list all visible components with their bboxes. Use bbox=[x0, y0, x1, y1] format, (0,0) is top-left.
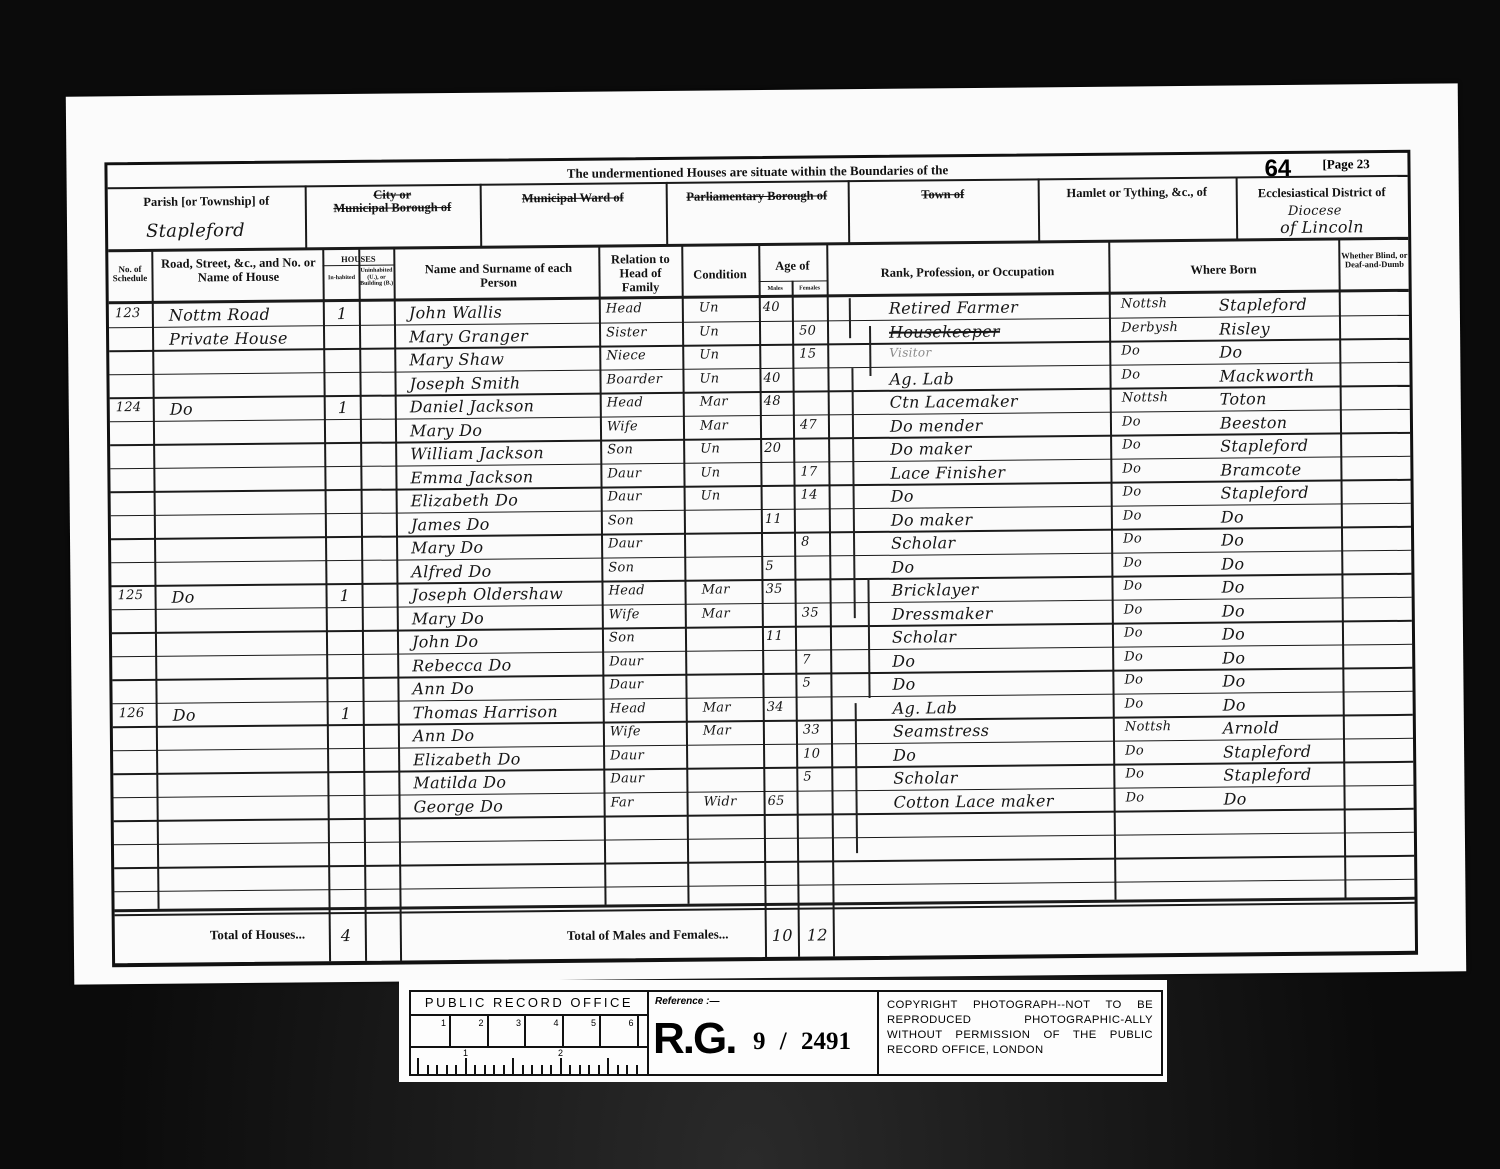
relation-to-head: Wife bbox=[607, 419, 638, 434]
road-address: Do bbox=[173, 705, 196, 724]
person-name: Elizabeth Do bbox=[411, 490, 519, 510]
ruler-label: 1 bbox=[441, 1018, 446, 1028]
col-inhabited: In-habited bbox=[324, 275, 358, 282]
ruler-label: 4 bbox=[554, 1018, 559, 1028]
born-county: Do bbox=[1125, 790, 1144, 805]
born-county: Do bbox=[1123, 555, 1142, 570]
ecclesiastical-label: Ecclesiastical District of bbox=[1236, 185, 1408, 201]
road-address: Nottm Road bbox=[169, 305, 270, 325]
born-county: Do bbox=[1121, 343, 1140, 358]
born-place: Do bbox=[1223, 789, 1246, 808]
person-name: Thomas Harrison bbox=[413, 702, 558, 722]
marital-condition: Mar bbox=[701, 582, 729, 597]
col-road: Road, Street, &c., and No. or Name of Ho… bbox=[158, 255, 318, 285]
ruler-cm: 12 bbox=[411, 1048, 647, 1074]
col-name: Name and Surname of each Person bbox=[408, 261, 588, 291]
relation-to-head: Head bbox=[610, 701, 646, 716]
occupation: Housekeeper bbox=[889, 321, 1000, 341]
marital-condition: Mar bbox=[703, 700, 731, 715]
schedule-number: 126 bbox=[119, 705, 145, 720]
occupation: Do bbox=[891, 487, 914, 506]
marital-condition: Widr bbox=[703, 794, 736, 809]
parish-value: Stapleford bbox=[146, 220, 245, 242]
male-age: 11 bbox=[766, 629, 783, 644]
born-place: Do bbox=[1219, 342, 1242, 361]
hamlet-label: Hamlet or Tything, &c., of bbox=[1038, 184, 1236, 200]
born-place: Do bbox=[1221, 530, 1244, 549]
female-age: 15 bbox=[799, 347, 816, 362]
office-name: PUBLIC RECORD OFFICE bbox=[411, 992, 647, 1016]
occupation: Do mender bbox=[890, 415, 983, 435]
relation-to-head: Head bbox=[606, 301, 642, 316]
occupation: Ctn Lacemaker bbox=[890, 392, 1018, 412]
relation-to-head: Son bbox=[608, 560, 634, 575]
male-age: 20 bbox=[764, 441, 781, 456]
male-age: 11 bbox=[765, 511, 782, 526]
parish-label: Parish [or Township] of bbox=[108, 193, 305, 209]
female-age: 33 bbox=[803, 722, 820, 737]
person-name: Ann Do bbox=[412, 679, 474, 699]
ruler-label: 6 bbox=[629, 1018, 634, 1028]
female-age: 35 bbox=[802, 605, 819, 620]
occupation: Scholar bbox=[892, 627, 956, 647]
town-label: Town of bbox=[848, 186, 1038, 202]
born-county: Nottsh bbox=[1122, 390, 1169, 405]
born-place: Do bbox=[1221, 554, 1244, 573]
born-county: Do bbox=[1123, 531, 1142, 546]
female-age: 5 bbox=[803, 770, 812, 785]
col-houses: HOUSES bbox=[322, 255, 394, 265]
person-name: James Do bbox=[411, 514, 490, 534]
occupation: Do bbox=[892, 675, 915, 694]
born-county: Nottsh bbox=[1121, 296, 1168, 311]
road-address: Do bbox=[170, 399, 193, 418]
reference-number: 9 / 2491 bbox=[753, 1028, 851, 1056]
occupation: Do bbox=[891, 557, 914, 576]
occupation: Do maker bbox=[891, 510, 973, 530]
occupation: Do bbox=[892, 651, 915, 670]
born-county: Do bbox=[1123, 578, 1142, 593]
male-age: 40 bbox=[763, 370, 780, 385]
born-county: Do bbox=[1125, 696, 1144, 711]
marital-condition: Mar bbox=[700, 418, 728, 433]
person-name: Daniel Jackson bbox=[410, 396, 535, 416]
born-place: Beeston bbox=[1220, 412, 1288, 432]
person-name: Mary Do bbox=[410, 420, 482, 440]
person-name: William Jackson bbox=[410, 443, 544, 463]
born-place: Arnold bbox=[1223, 718, 1279, 738]
road-address: Do bbox=[171, 587, 194, 606]
relation-to-head: Boarder bbox=[606, 371, 662, 387]
female-age: 50 bbox=[799, 323, 816, 338]
total-persons-label: Total of Males and Females... bbox=[567, 926, 729, 944]
occupation: Lace Finisher bbox=[890, 462, 1005, 482]
born-county: Do bbox=[1121, 367, 1140, 382]
schedule-number: 125 bbox=[117, 588, 143, 603]
marital-condition: Un bbox=[699, 371, 719, 386]
col-age: Age of bbox=[758, 258, 826, 273]
born-county: Do bbox=[1125, 743, 1144, 758]
relation-to-head: Son bbox=[608, 513, 634, 528]
born-place: Do bbox=[1221, 507, 1244, 526]
inhabited-count: 1 bbox=[339, 586, 350, 605]
occupation: Visitor bbox=[889, 345, 931, 359]
road-address: Private House bbox=[169, 328, 288, 348]
col-relation: Relation to Head of Family bbox=[600, 252, 680, 295]
relation-to-head: Daur bbox=[609, 654, 643, 669]
parliamentary-borough-label: Parliamentary Borough of bbox=[666, 188, 848, 204]
person-name: Alfred Do bbox=[411, 561, 491, 581]
born-place: Stapleford bbox=[1223, 741, 1311, 761]
occupation: Ag. Lab bbox=[889, 369, 954, 389]
born-county: Do bbox=[1122, 461, 1141, 476]
marital-condition: Un bbox=[699, 324, 719, 339]
marital-condition: Un bbox=[699, 347, 719, 362]
relation-to-head: Head bbox=[607, 395, 643, 410]
relation-to-head: Sister bbox=[606, 325, 647, 340]
occupation: Bricklayer bbox=[891, 580, 978, 600]
person-name: Mary Do bbox=[412, 608, 484, 628]
col-condition: Condition bbox=[681, 267, 758, 282]
female-age: 17 bbox=[800, 464, 817, 479]
born-county: Do bbox=[1124, 672, 1143, 687]
born-county: Do bbox=[1124, 625, 1143, 640]
reference-section: Reference :— R.G. 9 / 2491 bbox=[649, 992, 879, 1074]
person-name: Joseph Oldershaw bbox=[411, 584, 563, 604]
born-place: Do bbox=[1223, 695, 1246, 714]
born-place: Stapleford bbox=[1223, 765, 1311, 785]
relation-to-head: Wife bbox=[609, 607, 640, 622]
female-age: 10 bbox=[803, 746, 820, 761]
occupation: Scholar bbox=[893, 768, 957, 788]
relation-to-head: Niece bbox=[606, 348, 646, 363]
male-age: 40 bbox=[763, 300, 780, 315]
born-place: Mackworth bbox=[1219, 365, 1314, 385]
relation-to-head: Daur bbox=[610, 748, 644, 763]
relation-to-head: Daur bbox=[607, 466, 641, 481]
person-name: John Do bbox=[412, 632, 478, 652]
marital-condition: Un bbox=[700, 441, 720, 456]
born-place: Bramcote bbox=[1220, 459, 1301, 479]
ruler-label: 1 bbox=[463, 1048, 468, 1058]
relation-to-head: Head bbox=[608, 583, 644, 598]
female-age: 8 bbox=[801, 535, 810, 550]
relation-to-head: Wife bbox=[610, 724, 641, 739]
borough-label: Municipal Borough of bbox=[305, 200, 480, 216]
female-age: 47 bbox=[800, 417, 817, 432]
person-name: Mary Shaw bbox=[409, 350, 504, 370]
total-females-value: 12 bbox=[807, 925, 828, 944]
total-males-value: 10 bbox=[772, 926, 793, 945]
born-county: Do bbox=[1122, 414, 1141, 429]
born-place: Stapleford bbox=[1219, 295, 1307, 315]
ward-label: Municipal Ward of bbox=[480, 190, 666, 206]
occupation: Do maker bbox=[890, 439, 972, 459]
person-name: Emma Jackson bbox=[410, 467, 533, 487]
born-place: Do bbox=[1222, 624, 1245, 643]
born-county: Nottsh bbox=[1125, 719, 1172, 734]
total-houses-value: 4 bbox=[341, 926, 352, 945]
person-name: Rebecca Do bbox=[412, 655, 511, 675]
male-age: 34 bbox=[767, 699, 784, 714]
col-occupation: Rank, Profession, or Occupation bbox=[826, 264, 1108, 281]
person-name: Elizabeth Do bbox=[413, 749, 521, 769]
occupation: Ag. Lab bbox=[893, 698, 958, 718]
occupation: Retired Farmer bbox=[889, 298, 1018, 318]
ruler-section: PUBLIC RECORD OFFICE 123456 12 bbox=[411, 992, 649, 1074]
marital-condition: Mar bbox=[702, 606, 730, 621]
born-place: Stapleford bbox=[1221, 483, 1309, 503]
born-place: Do bbox=[1222, 601, 1245, 620]
relation-to-head: Far bbox=[610, 795, 633, 810]
born-place: Risley bbox=[1219, 319, 1270, 338]
relation-to-head: Daur bbox=[610, 771, 644, 786]
born-place: Do bbox=[1222, 671, 1245, 690]
born-county: Do bbox=[1125, 766, 1144, 781]
born-county: Do bbox=[1124, 602, 1143, 617]
ruler-label: 5 bbox=[591, 1018, 596, 1028]
born-county: Derbysh bbox=[1121, 320, 1178, 336]
female-age: 14 bbox=[801, 488, 818, 503]
marital-condition: Un bbox=[700, 465, 720, 480]
born-county: Do bbox=[1122, 437, 1141, 452]
col-blind: Whether Blind, or Deaf-and-Dumb bbox=[1340, 251, 1408, 270]
marital-condition: Mar bbox=[700, 394, 728, 409]
schedule-number: 124 bbox=[116, 400, 142, 415]
male-age: 65 bbox=[767, 793, 784, 808]
relation-to-head: Daur bbox=[609, 677, 643, 692]
female-age: 5 bbox=[802, 676, 811, 691]
census-page: The undermentioned Houses are situate wi… bbox=[66, 83, 1466, 984]
born-county: Do bbox=[1123, 484, 1142, 499]
inhabited-count: 1 bbox=[338, 398, 349, 417]
person-name: Ann Do bbox=[413, 726, 475, 746]
reference-label: Reference :— bbox=[655, 996, 719, 1007]
col-females: Females bbox=[793, 285, 827, 292]
female-age: 7 bbox=[802, 652, 811, 667]
col-males: Males bbox=[759, 286, 792, 293]
relation-to-head: Daur bbox=[608, 536, 642, 551]
occupation: Seamstress bbox=[893, 721, 990, 741]
person-name: George Do bbox=[414, 796, 504, 816]
marital-condition: Un bbox=[699, 300, 719, 315]
male-age: 35 bbox=[765, 582, 782, 597]
marital-condition: Mar bbox=[703, 723, 731, 738]
ruler-inches: 123456 bbox=[411, 1016, 647, 1048]
relation-to-head: Daur bbox=[608, 489, 642, 504]
folio-number: 64 bbox=[1264, 155, 1291, 183]
schedule-number: 123 bbox=[115, 306, 141, 321]
reference-code: R.G. bbox=[653, 1014, 735, 1064]
relation-to-head: Son bbox=[609, 630, 635, 645]
person-name: John Wallis bbox=[409, 303, 502, 323]
occupation: Cotton Lace maker bbox=[893, 791, 1053, 812]
occupation: Dressmaker bbox=[892, 603, 993, 623]
marital-condition: Un bbox=[701, 488, 721, 503]
person-name: Mary Do bbox=[411, 538, 483, 558]
col-schedule: No. of Schedule bbox=[108, 265, 151, 283]
copyright-notice: COPYRIGHT PHOTOGRAPH--NOT TO BE REPRODUC… bbox=[879, 992, 1161, 1074]
born-place: Stapleford bbox=[1220, 436, 1308, 456]
born-place: Toton bbox=[1220, 389, 1267, 408]
ecclesiastical-value-2: of Lincoln bbox=[1280, 217, 1364, 237]
ruler-label: 3 bbox=[516, 1018, 521, 1028]
inhabited-count: 1 bbox=[341, 703, 352, 722]
occupation: Do bbox=[893, 745, 916, 764]
person-name: Mary Granger bbox=[409, 326, 528, 346]
born-place: Do bbox=[1222, 648, 1245, 667]
born-county: Do bbox=[1123, 508, 1142, 523]
occupation: Scholar bbox=[891, 533, 955, 553]
person-name: Joseph Smith bbox=[409, 373, 520, 393]
ruler-label: 2 bbox=[479, 1018, 484, 1028]
male-age: 5 bbox=[765, 558, 774, 573]
page-label: [Page 23 bbox=[1322, 156, 1369, 172]
total-houses-label: Total of Houses... bbox=[210, 926, 305, 943]
person-name: Matilda Do bbox=[413, 773, 506, 793]
census-form: The undermentioned Houses are situate wi… bbox=[104, 150, 1418, 967]
col-where-born: Where Born bbox=[1108, 261, 1338, 277]
relation-to-head: Son bbox=[607, 442, 633, 457]
public-record-office-stamp: PUBLIC RECORD OFFICE 123456 12 Reference… bbox=[399, 980, 1167, 1082]
born-place: Do bbox=[1221, 577, 1244, 596]
ruler-label: 2 bbox=[558, 1048, 563, 1058]
col-uninhabited: Uninhabited (U.), or Building (B.) bbox=[359, 268, 393, 288]
inhabited-count: 1 bbox=[337, 304, 348, 323]
born-county: Do bbox=[1124, 649, 1143, 664]
male-age: 48 bbox=[764, 394, 781, 409]
